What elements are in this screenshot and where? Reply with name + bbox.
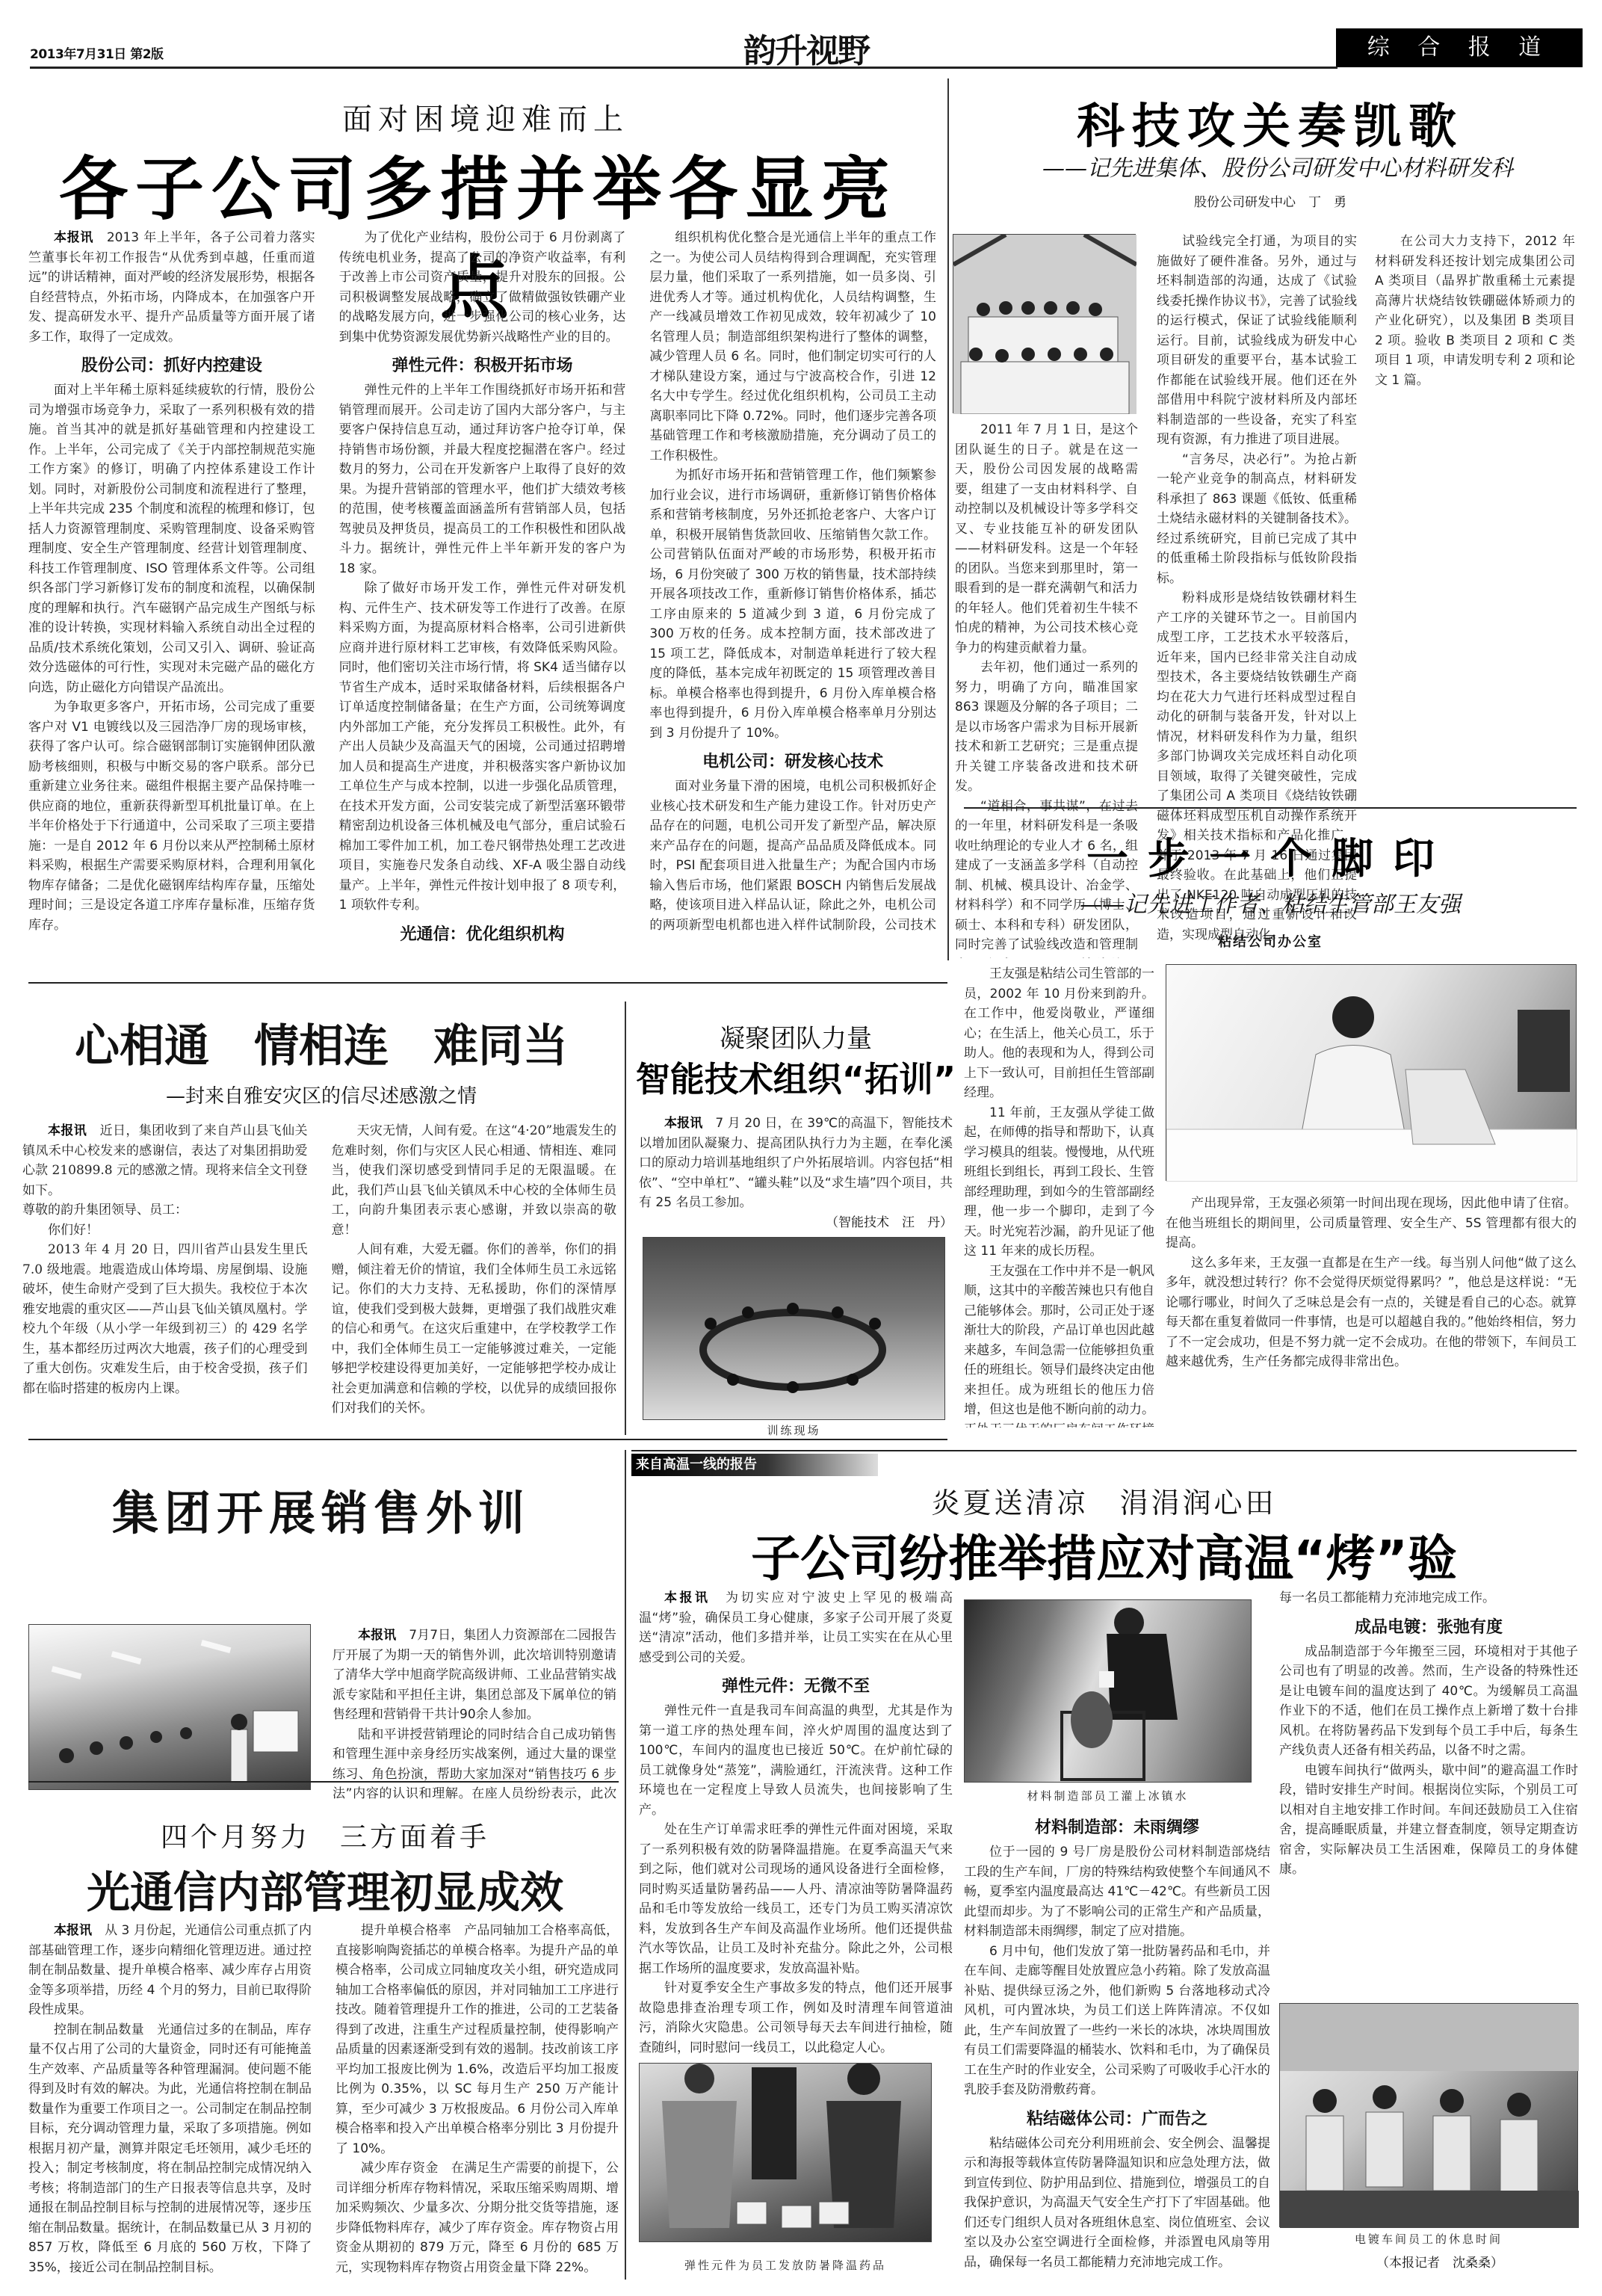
- rest-time-photo: [1279, 2003, 1578, 2227]
- ice-water-caption: 材料制造部员工灌上冰镇水: [964, 1788, 1252, 1803]
- rnd-title: 科技攻关奏凯歌: [956, 88, 1584, 157]
- section-heading: 弹性元件：无微不至: [639, 1673, 953, 1697]
- training-photo: [643, 1237, 945, 1420]
- footprint-body-right: 产出现异常，王友强必须第一时间出现在现场，因此他申请了住宿。在他当班组长的期间里…: [1166, 1194, 1577, 1429]
- training-title: 智能技术组织“拓训”: [631, 1052, 960, 1102]
- heat-body-right: 每一名员工都能精力充沛地完成工作。 成品电镀：张弛有度 成品制造部于今年搬至三园…: [1279, 1588, 1578, 1999]
- letter-greeting: 你们好！: [22, 1220, 308, 1241]
- rnd-byline: 股份公司研发中心 丁 勇: [1046, 191, 1494, 210]
- footprint-byline: 粘结公司办公室: [964, 931, 1577, 951]
- team-circle-icon: [643, 1238, 946, 1421]
- section-rule: [964, 807, 1577, 809]
- paper-name: 韵升视野: [743, 24, 869, 72]
- heat-byline: （本报记者 沈桑桑）: [1279, 2253, 1503, 2273]
- optical-title: 光通信内部管理初显成效: [30, 1857, 620, 1920]
- heat-body-left: 本报讯 为切实应对宁波史上罕见的极端高温“烤”验，确保员工身心健康，多家子公司开…: [639, 1588, 953, 2074]
- subsidiaries-kicker: 面对困境迎难而上: [45, 96, 927, 138]
- letter-body: 本报讯 近日，集团收到了来自芦山县飞仙关镇凤禾中心校发来的感谢信，表达了对集团捐…: [22, 1121, 616, 1428]
- worker-at-desk-icon: [1166, 965, 1577, 1182]
- section-heading: 弹性元件：积极开拓市场: [339, 353, 626, 376]
- sales-body: 本报讯 7月7日，集团人力资源部在二园报告厅开展了为期一天的销售外训，此次培训特…: [333, 1626, 616, 1805]
- section-heading: 股份公司：抓好内控建设: [28, 353, 315, 376]
- masthead-rule: [30, 67, 1337, 69]
- group-photo-icon: [953, 235, 1136, 414]
- subsidiaries-lead: 本报讯 2013 年上半年，各子公司着力落实竺董事长年初工作报告“从优秀到卓越，…: [28, 228, 315, 347]
- section-heading: 材料制造部：未雨绸缪: [964, 1815, 1270, 1838]
- worker-ice-water-icon: [965, 1600, 1252, 1783]
- section-heading: 光通信：优化组织机构: [339, 922, 626, 945]
- column-divider: [947, 78, 949, 960]
- section-rule: [28, 1439, 947, 1440]
- section-heading: 粘结磁体公司：广而告之: [964, 2106, 1270, 2129]
- section-heading: 电机公司：研发核心技术: [649, 749, 936, 772]
- lecture-hall-icon: [29, 1625, 312, 1791]
- column-divider: [625, 1450, 626, 2280]
- heat-banner: 来自高温一线的报告: [631, 1454, 878, 1476]
- section-heading: 成品电镀：张弛有度: [1279, 1614, 1578, 1638]
- byline: （智能技术 汪 丹）: [639, 1213, 953, 1232]
- two-workers-icon: [640, 2064, 933, 2243]
- heat-body-middle: 材料制造部：未雨绸缪 位于一园的 9 号厂房是股份公司材料制造部烧结工段的生产车…: [964, 1809, 1270, 2295]
- footprint-title: 一步一个脚印: [964, 826, 1577, 886]
- date-edition: 2013年7月31日 第2版: [30, 43, 164, 62]
- letter-title: 心相通 情相连 难同当: [30, 1010, 613, 1075]
- wang-youqiang-photo: [1166, 964, 1577, 1181]
- ice-water-photo: [964, 1599, 1252, 1783]
- optical-kicker: 四个月努力 三方面着手: [30, 1816, 620, 1854]
- workers-resting-icon: [1280, 2004, 1579, 2228]
- heat-kicker: 炎夏送清凉 涓涓润心田: [631, 1480, 1577, 1521]
- subsidiaries-body: 本报讯 2013 年上半年，各子公司着力落实竺董事长年初工作报告“从优秀到卓越，…: [28, 228, 936, 949]
- medicine-photo-caption: 弹性元件为员工发放防暑降温药品: [639, 2257, 932, 2273]
- sales-training-photo: [28, 1624, 311, 1790]
- rnd-team-photo: [953, 234, 1136, 413]
- letter-subtitle: —封来自雅安灾区的信尽述感激之情: [30, 1081, 613, 1108]
- heat-title: 子公司纷推举措应对高温“烤”验: [631, 1519, 1577, 1590]
- section-rule: [631, 1450, 1577, 1451]
- footprint-body-left: 王友强是粘结公司生管部的一员，2002 年 10 月份来到韵升。在工作中，他爱岗…: [964, 964, 1154, 1428]
- letter-salutation: 尊敬的韵升集团领导、员工：: [22, 1200, 308, 1220]
- rest-time-caption: 电镀车间员工的休息时间: [1279, 2231, 1578, 2247]
- column-divider: [625, 1002, 626, 1435]
- medicine-distribution-photo: [639, 2063, 932, 2242]
- section-rule: [28, 982, 947, 984]
- training-body: 本报讯 7 月 20 日，在 39℃的高温下，智能技术以增加团队凝聚力、提高团队…: [639, 1114, 953, 1233]
- rnd-subtitle: ——记先进集体、股份公司研发中心材料研发科: [971, 149, 1584, 182]
- section-rule: [28, 1781, 619, 1783]
- training-kicker: 凝聚团队力量: [631, 1018, 960, 1055]
- masthead: 2013年7月31日 第2版 韵升视野 综 合 报 道: [0, 0, 1602, 60]
- training-photo-caption: 训练现场: [643, 1422, 945, 1438]
- sales-title: 集团开展销售外训: [30, 1476, 613, 1543]
- footprint-subtitle: ——记先进工作者、粘结生管部王友强: [964, 886, 1577, 919]
- optical-body: 本报讯 从 3 月份起，光通信公司重点抓了内部基础管理工作，逐步向精细化管理迈进…: [28, 1921, 619, 2280]
- section-label: 综 合 报 道: [1336, 28, 1583, 67]
